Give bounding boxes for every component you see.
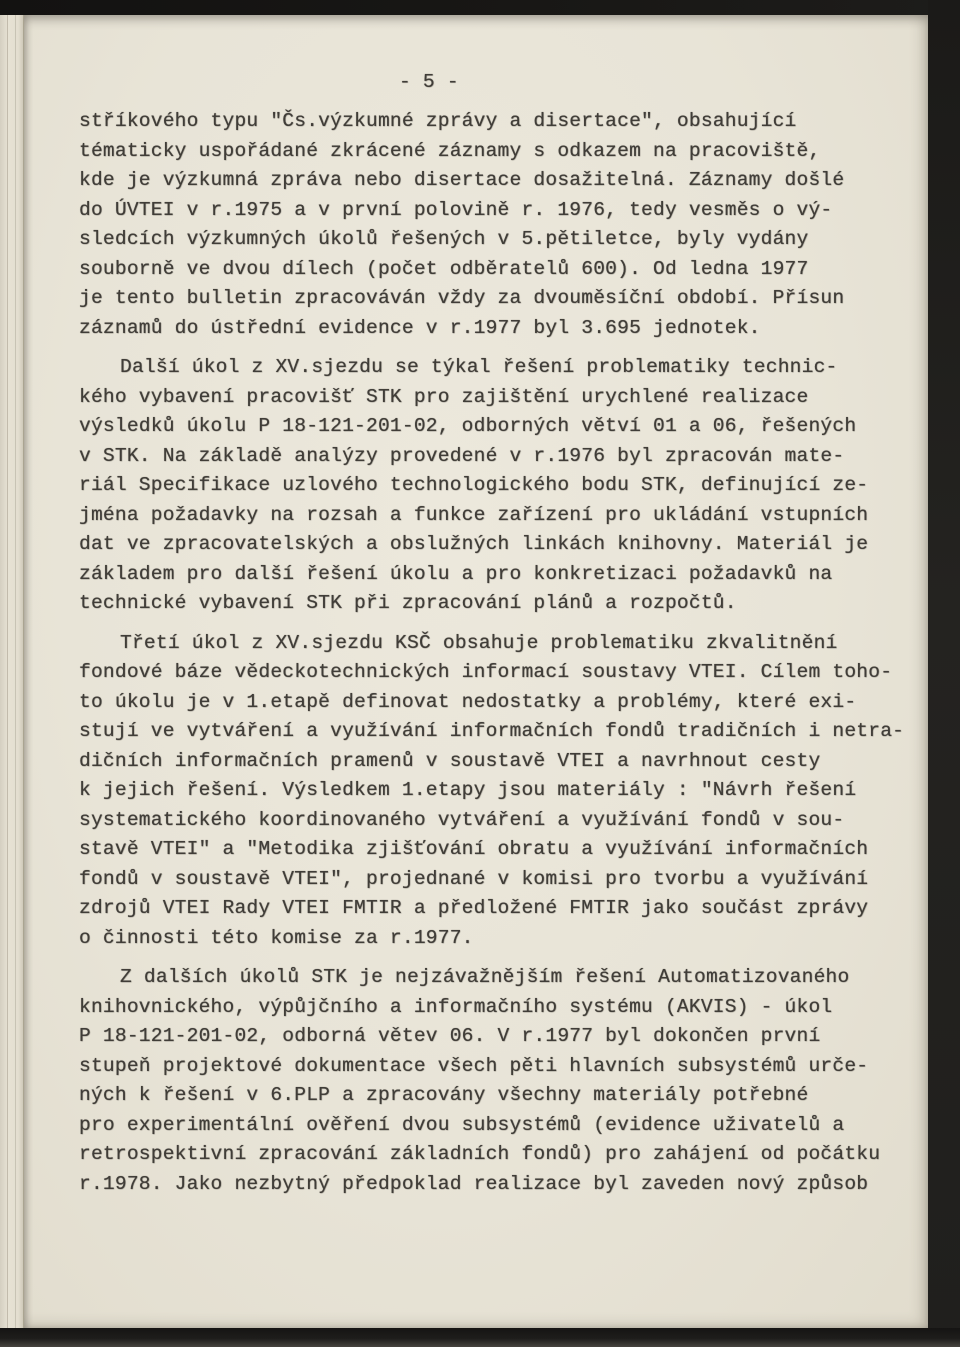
text-line: Třetí úkol z XV.sjezdu KSČ obsahuje prob… <box>79 629 928 659</box>
page-number: - 5 - <box>399 67 928 97</box>
text-line: Z dalších úkolů STK je nejzávažnějším ře… <box>79 963 928 993</box>
document-page: - 5 - stříkového typu "Čs.výzkumné zpráv… <box>23 15 928 1328</box>
text-line: kde je výzkumná zpráva nebo disertace do… <box>79 166 928 196</box>
text-line: tématicky uspořádané zkrácené záznamy s … <box>79 137 928 167</box>
text-line: stupeň projektové dokumentace všech pěti… <box>79 1052 928 1082</box>
text-line: dat ve zpracovatelských a obslužných lin… <box>79 530 928 560</box>
paragraph: Třetí úkol z XV.sjezdu KSČ obsahuje prob… <box>79 629 928 954</box>
text-line: knihovnického, výpůjčního a informačního… <box>79 993 928 1023</box>
text-line: do ÚVTEI v r.1975 a v první polovině r. … <box>79 196 928 226</box>
text-line: Další úkol z XV.sjezdu se týkal řešení p… <box>79 353 928 383</box>
text-line: fondů v soustavě VTEI", projednané v kom… <box>79 865 928 895</box>
scan-border-right <box>928 0 960 1347</box>
text-line: retrospektivní zpracování základních fon… <box>79 1140 928 1170</box>
text-line: v STK. Na základě analýzy provedené v r.… <box>79 442 928 472</box>
scan-border-bottom <box>0 1328 960 1347</box>
text-line: to úkolu je v 1.etapě definovat nedostat… <box>79 688 928 718</box>
text-line: sledcích výzkumných úkolů řešených v 5.p… <box>79 225 928 255</box>
text-line: systematického koordinovaného vytváření … <box>79 806 928 836</box>
text-line: stříkového typu "Čs.výzkumné zprávy a di… <box>79 107 928 137</box>
text-line: technické vybavení STK při zpracování pl… <box>79 589 928 619</box>
text-line: dičních informačních pramenů v soustavě … <box>79 747 928 777</box>
text-line: základem pro další řešení úkolu a pro ko… <box>79 560 928 590</box>
text-line: stavě VTEI" a "Metodika zjišťování obrat… <box>79 835 928 865</box>
text-line: jména požadavky na rozsah a funkce zaříz… <box>79 501 928 531</box>
scan-border-top <box>0 0 960 15</box>
text-line: fondové báze vědeckotechnických informac… <box>79 658 928 688</box>
scan-frame: - 5 - stříkového typu "Čs.výzkumné zpráv… <box>0 0 960 1347</box>
text-line: stují ve vytváření a využívání informačn… <box>79 717 928 747</box>
text-line: k jejich řešení. Výsledkem 1.etapy jsou … <box>79 776 928 806</box>
page-edge-line <box>15 15 16 1328</box>
text-line: kého vybavení pracovišť STK pro zajištěn… <box>79 383 928 413</box>
text-line: záznamů do ústřední evidence v r.1977 by… <box>79 314 928 344</box>
text-line: ných k řešení v 6.PLP a zpracovány všech… <box>79 1081 928 1111</box>
page-edge-line <box>7 15 8 1328</box>
underlying-pages-edge <box>0 15 23 1328</box>
text-line: r.1978. Jako nezbytný předpoklad realiza… <box>79 1170 928 1200</box>
text-line: pro experimentální ověření dvou subsysté… <box>79 1111 928 1141</box>
text-line: výsledků úkolu P 18-121-201-02, odbornýc… <box>79 412 928 442</box>
text-line: riál Specifikace uzlového technologickéh… <box>79 471 928 501</box>
paragraph: Z dalších úkolů STK je nejzávažnějším ře… <box>79 963 928 1199</box>
text-line: souborně ve dvou dílech (počet odběratel… <box>79 255 928 285</box>
paragraph: stříkového typu "Čs.výzkumné zprávy a di… <box>79 107 928 343</box>
text-line: zdrojů VTEI Rady VTEI FMTIR a předložené… <box>79 894 928 924</box>
text-line: P 18-121-201-02, odborná větev 06. V r.1… <box>79 1022 928 1052</box>
typewritten-text: stříkového typu "Čs.výzkumné zprávy a di… <box>79 107 928 1199</box>
text-line: je tento bulletin zpracováván vždy za dv… <box>79 284 928 314</box>
paragraph: Další úkol z XV.sjezdu se týkal řešení p… <box>79 353 928 619</box>
text-line: o činnosti této komise za r.1977. <box>79 924 928 954</box>
